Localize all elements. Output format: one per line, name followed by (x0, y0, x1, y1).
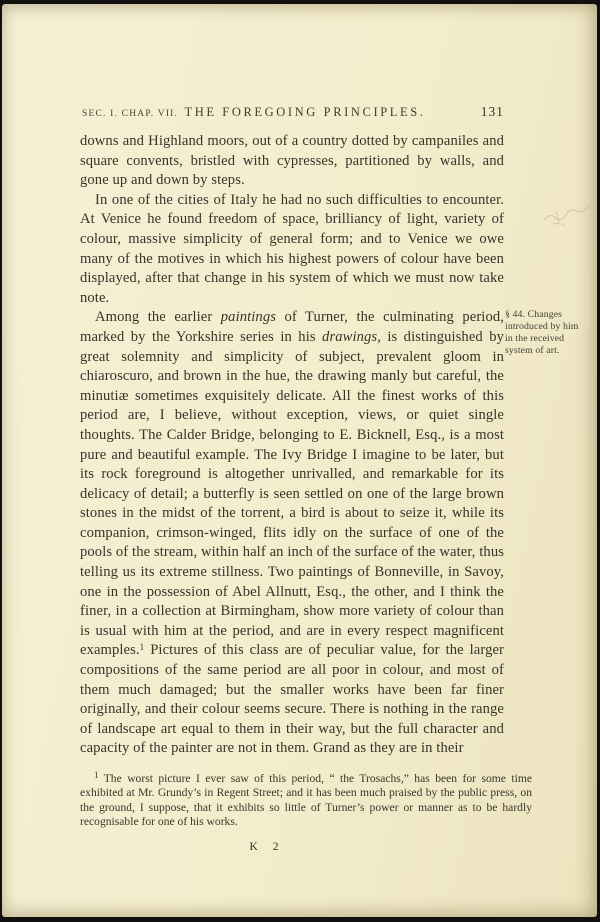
paragraph-3-text: Among the earlier paintings of Turner, t… (80, 309, 504, 756)
page-number: 131 (481, 104, 504, 120)
body-text: downs and Highland moors, out of a count… (80, 132, 504, 759)
paragraph-2: In one of the cities of Italy he had no … (80, 191, 504, 309)
signature-mark: K 2 (55, 841, 479, 853)
pencil-mark (538, 190, 592, 234)
text-column: SEC. I. CHAP. VII. THE FOREGOING PRINCIP… (80, 104, 504, 853)
paper-surface: SEC. I. CHAP. VII. THE FOREGOING PRINCIP… (2, 4, 597, 917)
running-head-section: SEC. I. CHAP. VII. (82, 109, 178, 119)
paragraph-3: Among the earlier paintings of Turner, t… (80, 308, 504, 759)
paragraph-1: downs and Highland moors, out of a count… (80, 132, 504, 191)
margin-sidenote: § 44. Changes introduced by him in the r… (505, 309, 587, 356)
scanned-book-page: SEC. I. CHAP. VII. THE FOREGOING PRINCIP… (0, 0, 600, 922)
running-head-title: THE FOREGOING PRINCIPLES. (184, 105, 425, 120)
footnote: 1 The worst picture I ever saw of this p… (80, 772, 532, 829)
running-head: SEC. I. CHAP. VII. THE FOREGOING PRINCIP… (80, 104, 504, 132)
